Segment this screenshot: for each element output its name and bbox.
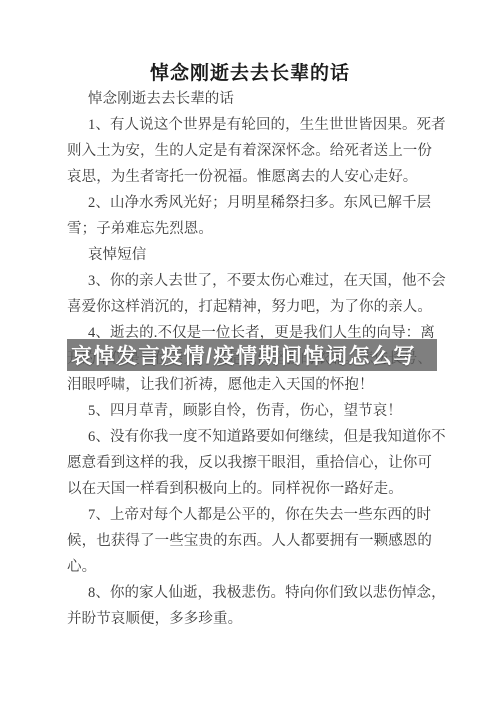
body-line: 以在天国一样看到积极向上的。同样祝你一路好走。 <box>67 476 439 502</box>
body-line: 则入土为安，生的人定是有着深深怀念。给死者送上一份 <box>67 138 439 164</box>
page-title: 悼念刚逝去去长辈的话 <box>0 58 500 85</box>
body-line: 8、你的家人仙逝，我极悲伤。特向你们致以悲伤悼念， <box>67 580 439 606</box>
body-line: 7、上帝对每个人都是公平的，你在失去一些东西的时 <box>67 502 439 528</box>
body-line: 2、山净水秀风光好；月明星稀祭扫多。东风已解千层 <box>67 190 439 216</box>
body-line: 候，也获得了一些宝贵的东西。人人都要拥有一颗感恩的 <box>67 528 439 554</box>
article-page: 悼念刚逝去去长辈的话 悼念刚逝去去长辈的话1、有人说这个世界是有轮回的，生生世世… <box>0 0 500 706</box>
body-line: 并盼节哀顺便，多多珍重。 <box>67 606 439 632</box>
body-line: 3、你的亲人去世了，不要太伤心难过，在天国，他不会 <box>67 268 439 294</box>
body-line: 哀悼短信 <box>67 242 439 268</box>
body-line: 雪；子弟难忘先烈恩。 <box>67 216 439 242</box>
watermark-text: 哀悼发言疫情/疫情期间悼词怎么写 <box>71 340 416 370</box>
body-line: 5、四月草青，顾影自怜，伤青，伤心，望节哀！ <box>67 398 439 424</box>
body-line: 泪眼呼啸，让我们祈祷，愿他走入天国的怀抱！ <box>67 372 439 398</box>
body-line: 愿意看到这样的我，反以我擦干眼泪，重拾信心，让你可 <box>67 450 439 476</box>
body-line: 喜爱你这样消沉的，打起精神，努力吧，为了你的亲人。 <box>67 294 439 320</box>
body-line: 6、没有你我一度不知道路要如何继续，但是我知道你不 <box>67 424 439 450</box>
body-line: 悼念刚逝去去长辈的话 <box>67 86 439 112</box>
body-line: 1、有人说这个世界是有轮回的，生生世世皆因果。死者 <box>67 112 439 138</box>
body-line: 心。 <box>67 554 439 580</box>
body-line: 哀思，为生者寄托一份祝福。惟愿离去的人安心走好。 <box>67 164 439 190</box>
watermark-banner: 哀悼发言疫情/疫情期间悼词怎么写 <box>67 339 437 371</box>
